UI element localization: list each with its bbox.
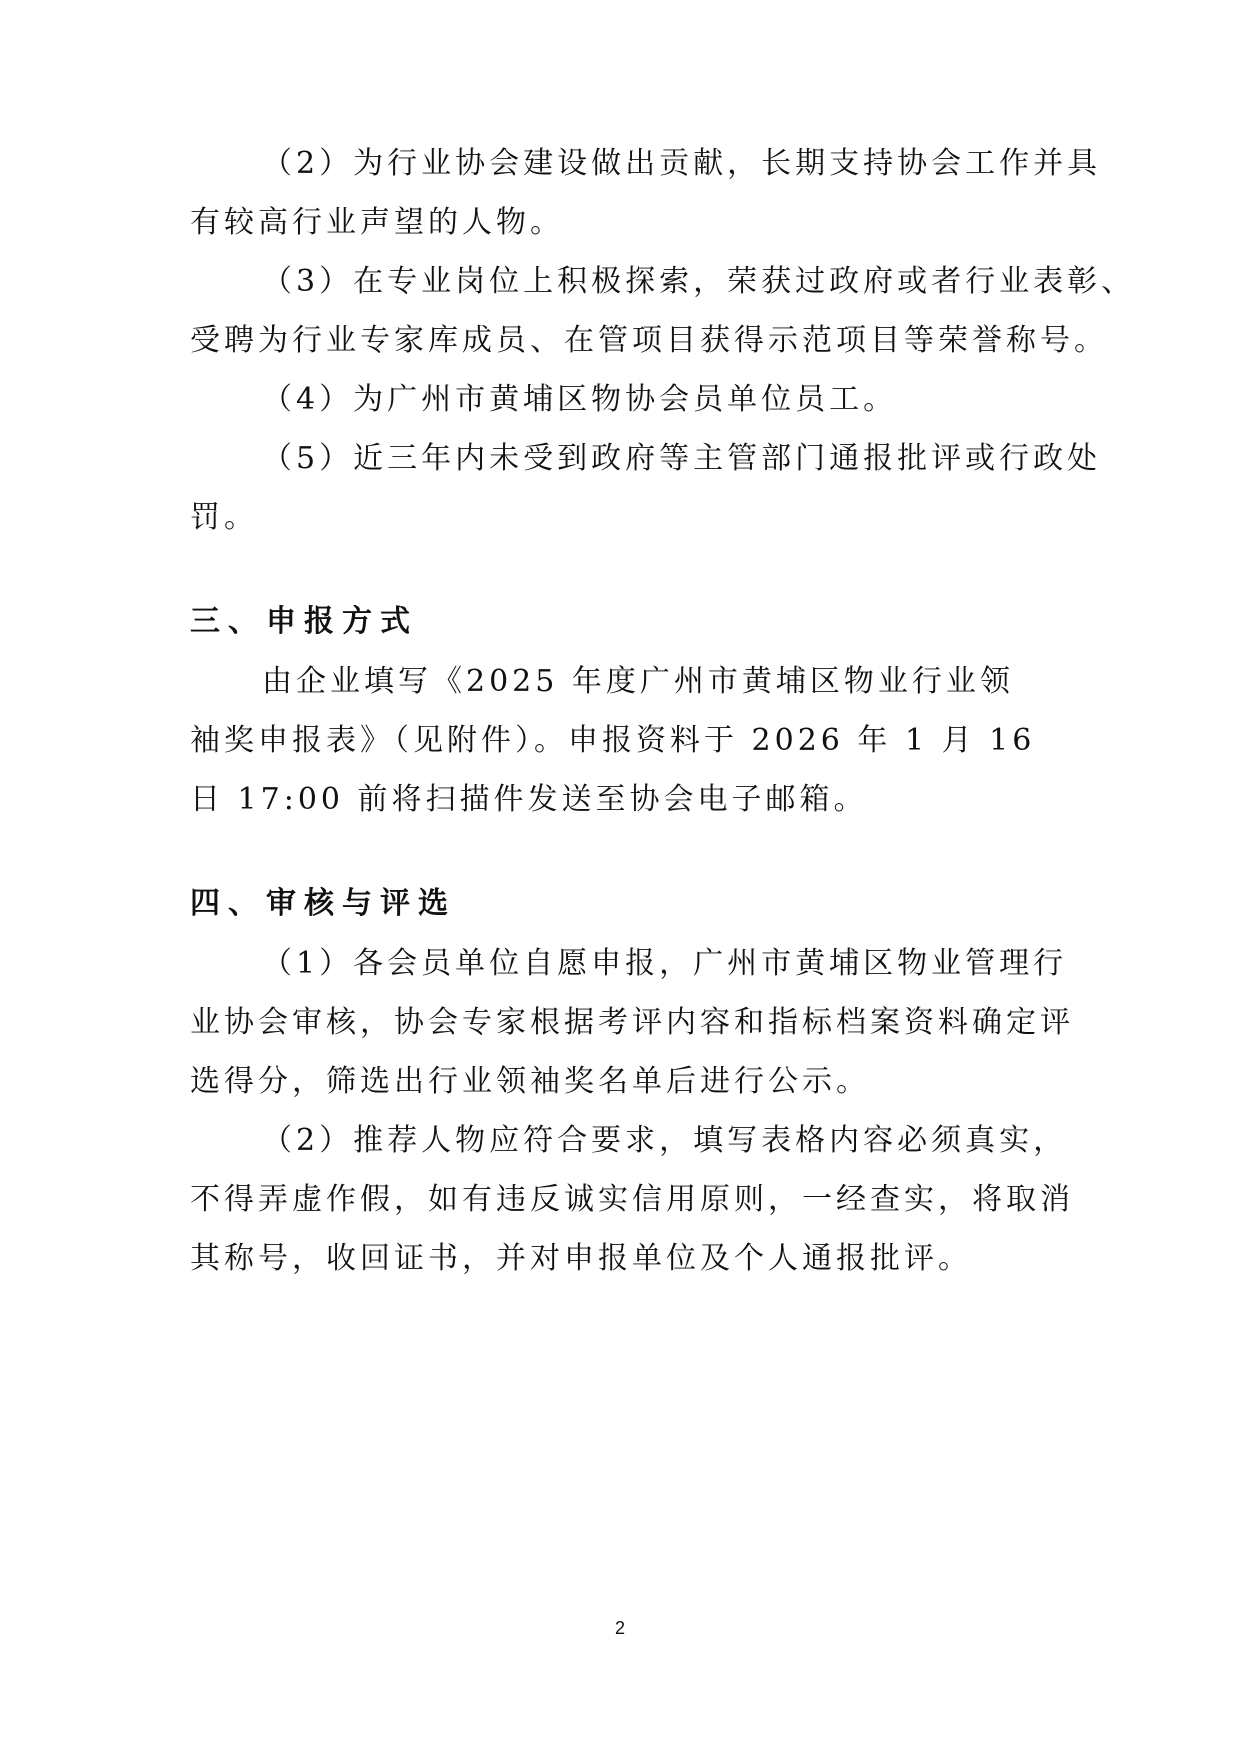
- page-number: 2: [0, 1618, 1240, 1639]
- paragraph-line: （2）推荐人物应符合要求，填写表格内容必须真实，: [262, 1123, 1067, 1159]
- paragraph-line: 受聘为行业专家库成员、在管项目获得示范项目等荣誉称号。: [190, 323, 1108, 359]
- paragraph-line: 选得分，筛选出行业领袖奖名单后进行公示。: [190, 1064, 870, 1100]
- document-page: （2）为行业协会建设做出贡献，长期支持协会工作并具 有较高行业声望的人物。 （3…: [0, 0, 1240, 1753]
- paragraph-line: 由企业填写《2025 年度广州市黄埔区物业行业领: [262, 664, 1014, 700]
- paragraph-line: 有较高行业声望的人物。: [190, 205, 564, 241]
- paragraph-line: （4）为广州市黄埔区物协会员单位员工。: [262, 382, 897, 418]
- paragraph-line: 其称号，收回证书，并对申报单位及个人通报批评。: [190, 1241, 972, 1277]
- paragraph-line: （2）为行业协会建设做出贡献，长期支持协会工作并具: [262, 146, 1101, 182]
- paragraph-line: 业协会审核，协会专家根据考评内容和指标档案资料确定评: [190, 1005, 1074, 1041]
- paragraph-line: 日 17:00 前将扫描件发送至协会电子邮箱。: [190, 782, 868, 818]
- section-heading: 三、申报方式: [190, 604, 418, 640]
- paragraph-line: 袖奖申报表》（见附件）。申报资料于 2026 年 1 月 16: [190, 723, 1035, 759]
- section-heading: 四、审核与评选: [190, 886, 456, 922]
- paragraph-line: 不得弄虚作假，如有违反诚实信用原则，一经查实，将取消: [190, 1182, 1074, 1218]
- paragraph-line: 罚。: [190, 500, 258, 536]
- paragraph-line: （3）在专业岗位上积极探索，荣获过政府或者行业表彰、: [262, 264, 1135, 300]
- paragraph-line: （5）近三年内未受到政府等主管部门通报批评或行政处: [262, 441, 1101, 477]
- paragraph-line: （1）各会员单位自愿申报，广州市黄埔区物业管理行: [262, 946, 1067, 982]
